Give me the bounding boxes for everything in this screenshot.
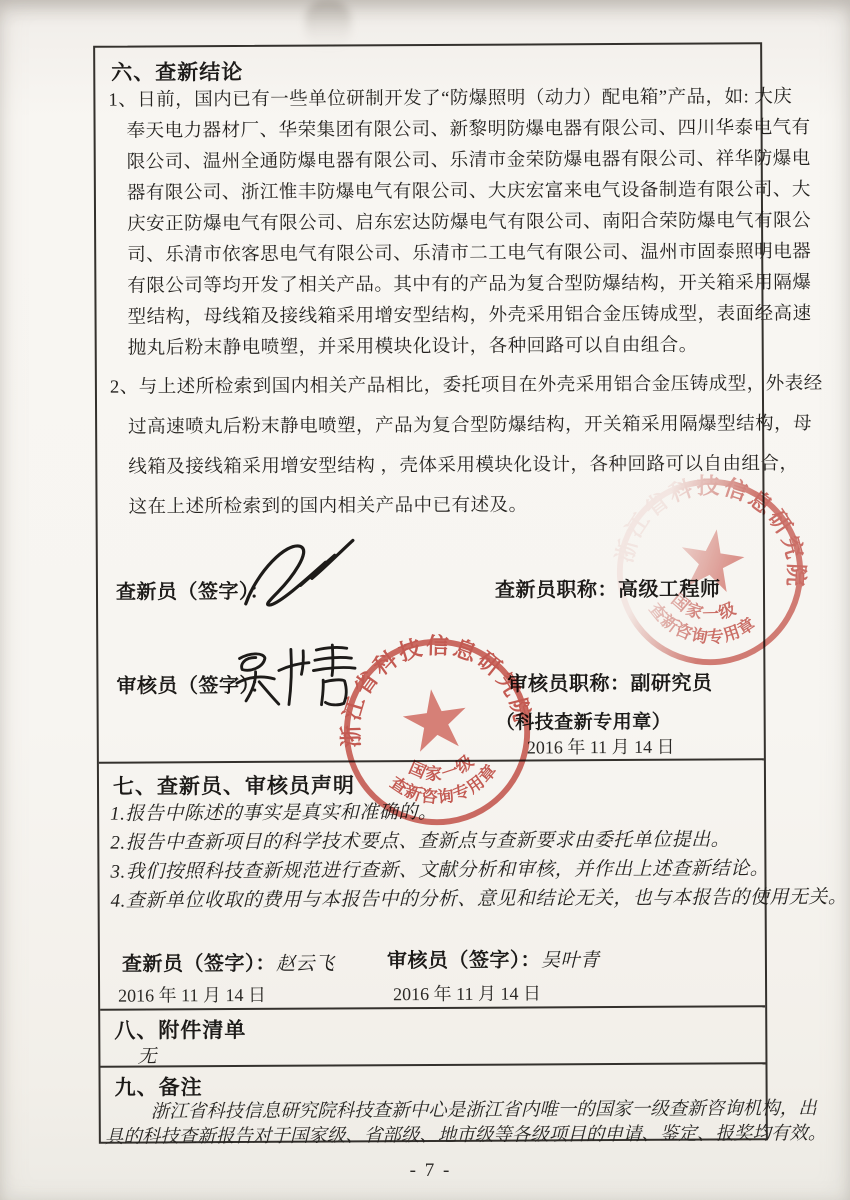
section-declaration: 七、查新员、审核员声明 1.报告中陈述的事实是真实和准确的。 2.报告中查新项目… (99, 758, 765, 1008)
declaration-checker-label: 查新员（签字）：赵云飞 (122, 947, 335, 977)
section-conclusion: 六、查新结论 1、日前，国内已有一些单位研制开发了“防爆照明（动力）配电箱”产品… (95, 44, 764, 761)
section-remarks: 九、备注 浙江省科技信息研究院科技查新中心是浙江省内唯一的国家一级查新咨询机构，… (100, 1062, 765, 1143)
declaration-item: 4.查新单位收取的费用与本报告中的分析、意见和结论无关，也与本报告的使用无关。 (111, 883, 761, 915)
declaration-reviewer-name: 吴叶青 (541, 950, 600, 971)
scanned-report-page: 六、查新结论 1、日前，国内已有一些单位研制开发了“防爆照明（动力）配电箱”产品… (0, 0, 850, 1200)
declaration-item: 1.报告中陈述的事实是真实和准确的。 (110, 796, 760, 828)
paragraph-line: 这在上述所检索到的国内相关产品中已有述及。 (110, 484, 755, 527)
paragraph-line: 庆安正防爆电气有限公司、启东宏达防爆电气有限公司、南阳合荣防爆电气有限公 (109, 206, 754, 240)
checker-title-text: 查新员职称：高级工程师 (495, 572, 721, 602)
reviewer-signature-label: 审核员（签字）： (116, 669, 270, 699)
remarks-line: 具的科技查新报告对于国家级、省部级、地市级等各级项目的申请、鉴定、报奖均有效。 (105, 1119, 827, 1149)
conclusion-paragraph-1: 1、日前，国内已有一些单位研制开发了“防爆照明（动力）配电箱”产品，如: 大庆 … (108, 82, 754, 364)
paragraph-line: 有限公司等均开发了相关产品。其中有的产品为复合型防爆结构，开关箱采用隔爆 (109, 268, 754, 302)
declaration-item: 2.报告中查新项目的科学技术要点、查新点与查新要求由委托单位提出。 (110, 825, 760, 857)
paragraph-line: 奉天电力器材厂、华荣集团有限公司、新黎明防爆电器有限公司、四川华泰电气有 (109, 113, 754, 147)
section-conclusion-heading: 六、查新结论 (111, 56, 243, 87)
declaration-reviewer-label: 审核员（签字）：吴叶青 (387, 943, 600, 973)
declaration-reviewer-date: 2016 年 11 月 14 日 (393, 979, 541, 1006)
page-number: - 7 - (96, 1160, 765, 1182)
paragraph-line: 过高速喷丸后粉末静电喷塑，产品为复合型防爆结构，开关箱采用隔爆型结构，母 (110, 404, 755, 447)
checker-signature-label: 查新员（签字）： (116, 575, 270, 605)
reviewer-title-text: 审核员职称：副研究员 (507, 667, 712, 697)
conclusion-paragraph-2: 2、与上述所检索到国内相关产品相比，委托项目在外壳采用铝合金压铸成型，外表经 过… (110, 364, 756, 527)
signoff-date: 2016 年 11 月 14 日 (527, 733, 675, 760)
paragraph-line: 司、乐清市依客思电气有限公司、乐清市二工电气有限公司、温州市固泰照明电器 (109, 237, 754, 271)
paragraph-line: 器有限公司、浙江惟丰防爆电气有限公司、大庆宏富来电气设备制造有限公司、大 (109, 175, 754, 209)
paragraph-line: 1、日前，国内已有一些单位研制开发了“防爆照明（动力）配电箱”产品，如: 大庆 (108, 82, 753, 116)
scan-artifact-streak (305, 0, 351, 48)
section-attachments-heading: 八、附件清单 (114, 1014, 246, 1045)
declaration-checker-label-text: 查新员（签字）： (122, 953, 276, 976)
declaration-list: 1.报告中陈述的事实是真实和准确的。 2.报告中查新项目的科学技术要点、查新点与… (110, 796, 761, 915)
declaration-item: 3.我们按照科技查新规范进行查新、文献分析和审核，并作出上述查新结论。 (110, 854, 760, 886)
section-declaration-heading: 七、查新员、审核员声明 (113, 769, 355, 800)
paragraph-line: 抛丸后粉末静电喷塑，并采用模块化设计，各种回路可以自由组合。 (110, 330, 755, 364)
declaration-reviewer-label-text: 审核员（签字）： (387, 949, 541, 972)
paragraph-line: 2、与上述所检索到国内相关产品相比，委托项目在外壳采用铝合金压铸成型，外表经 (110, 364, 755, 407)
paragraph-line: 型结构，母线箱及接线箱采用增安型结构，外壳采用铝合金压铸成型，表面经高速 (109, 299, 754, 333)
declaration-checker-date: 2016 年 11 月 14 日 (118, 981, 266, 1008)
section-attachments: 八、附件清单 无 (100, 1005, 765, 1065)
declaration-checker-name: 赵云飞 (276, 954, 335, 975)
paragraph-line: 线箱及接线箱采用增安型结构 ，壳体采用模块化设计，各种回路可以自由组合， (110, 444, 755, 487)
seal-note-text: （科技查新专用章） (496, 707, 672, 735)
paragraph-line: 限公司、温州全通防爆电器有限公司、乐清市金荣防爆电器有限公司、祥华防爆电 (109, 144, 754, 178)
report-table-frame: 六、查新结论 1、日前，国内已有一些单位研制开发了“防爆照明（动力）配电箱”产品… (93, 42, 768, 1143)
